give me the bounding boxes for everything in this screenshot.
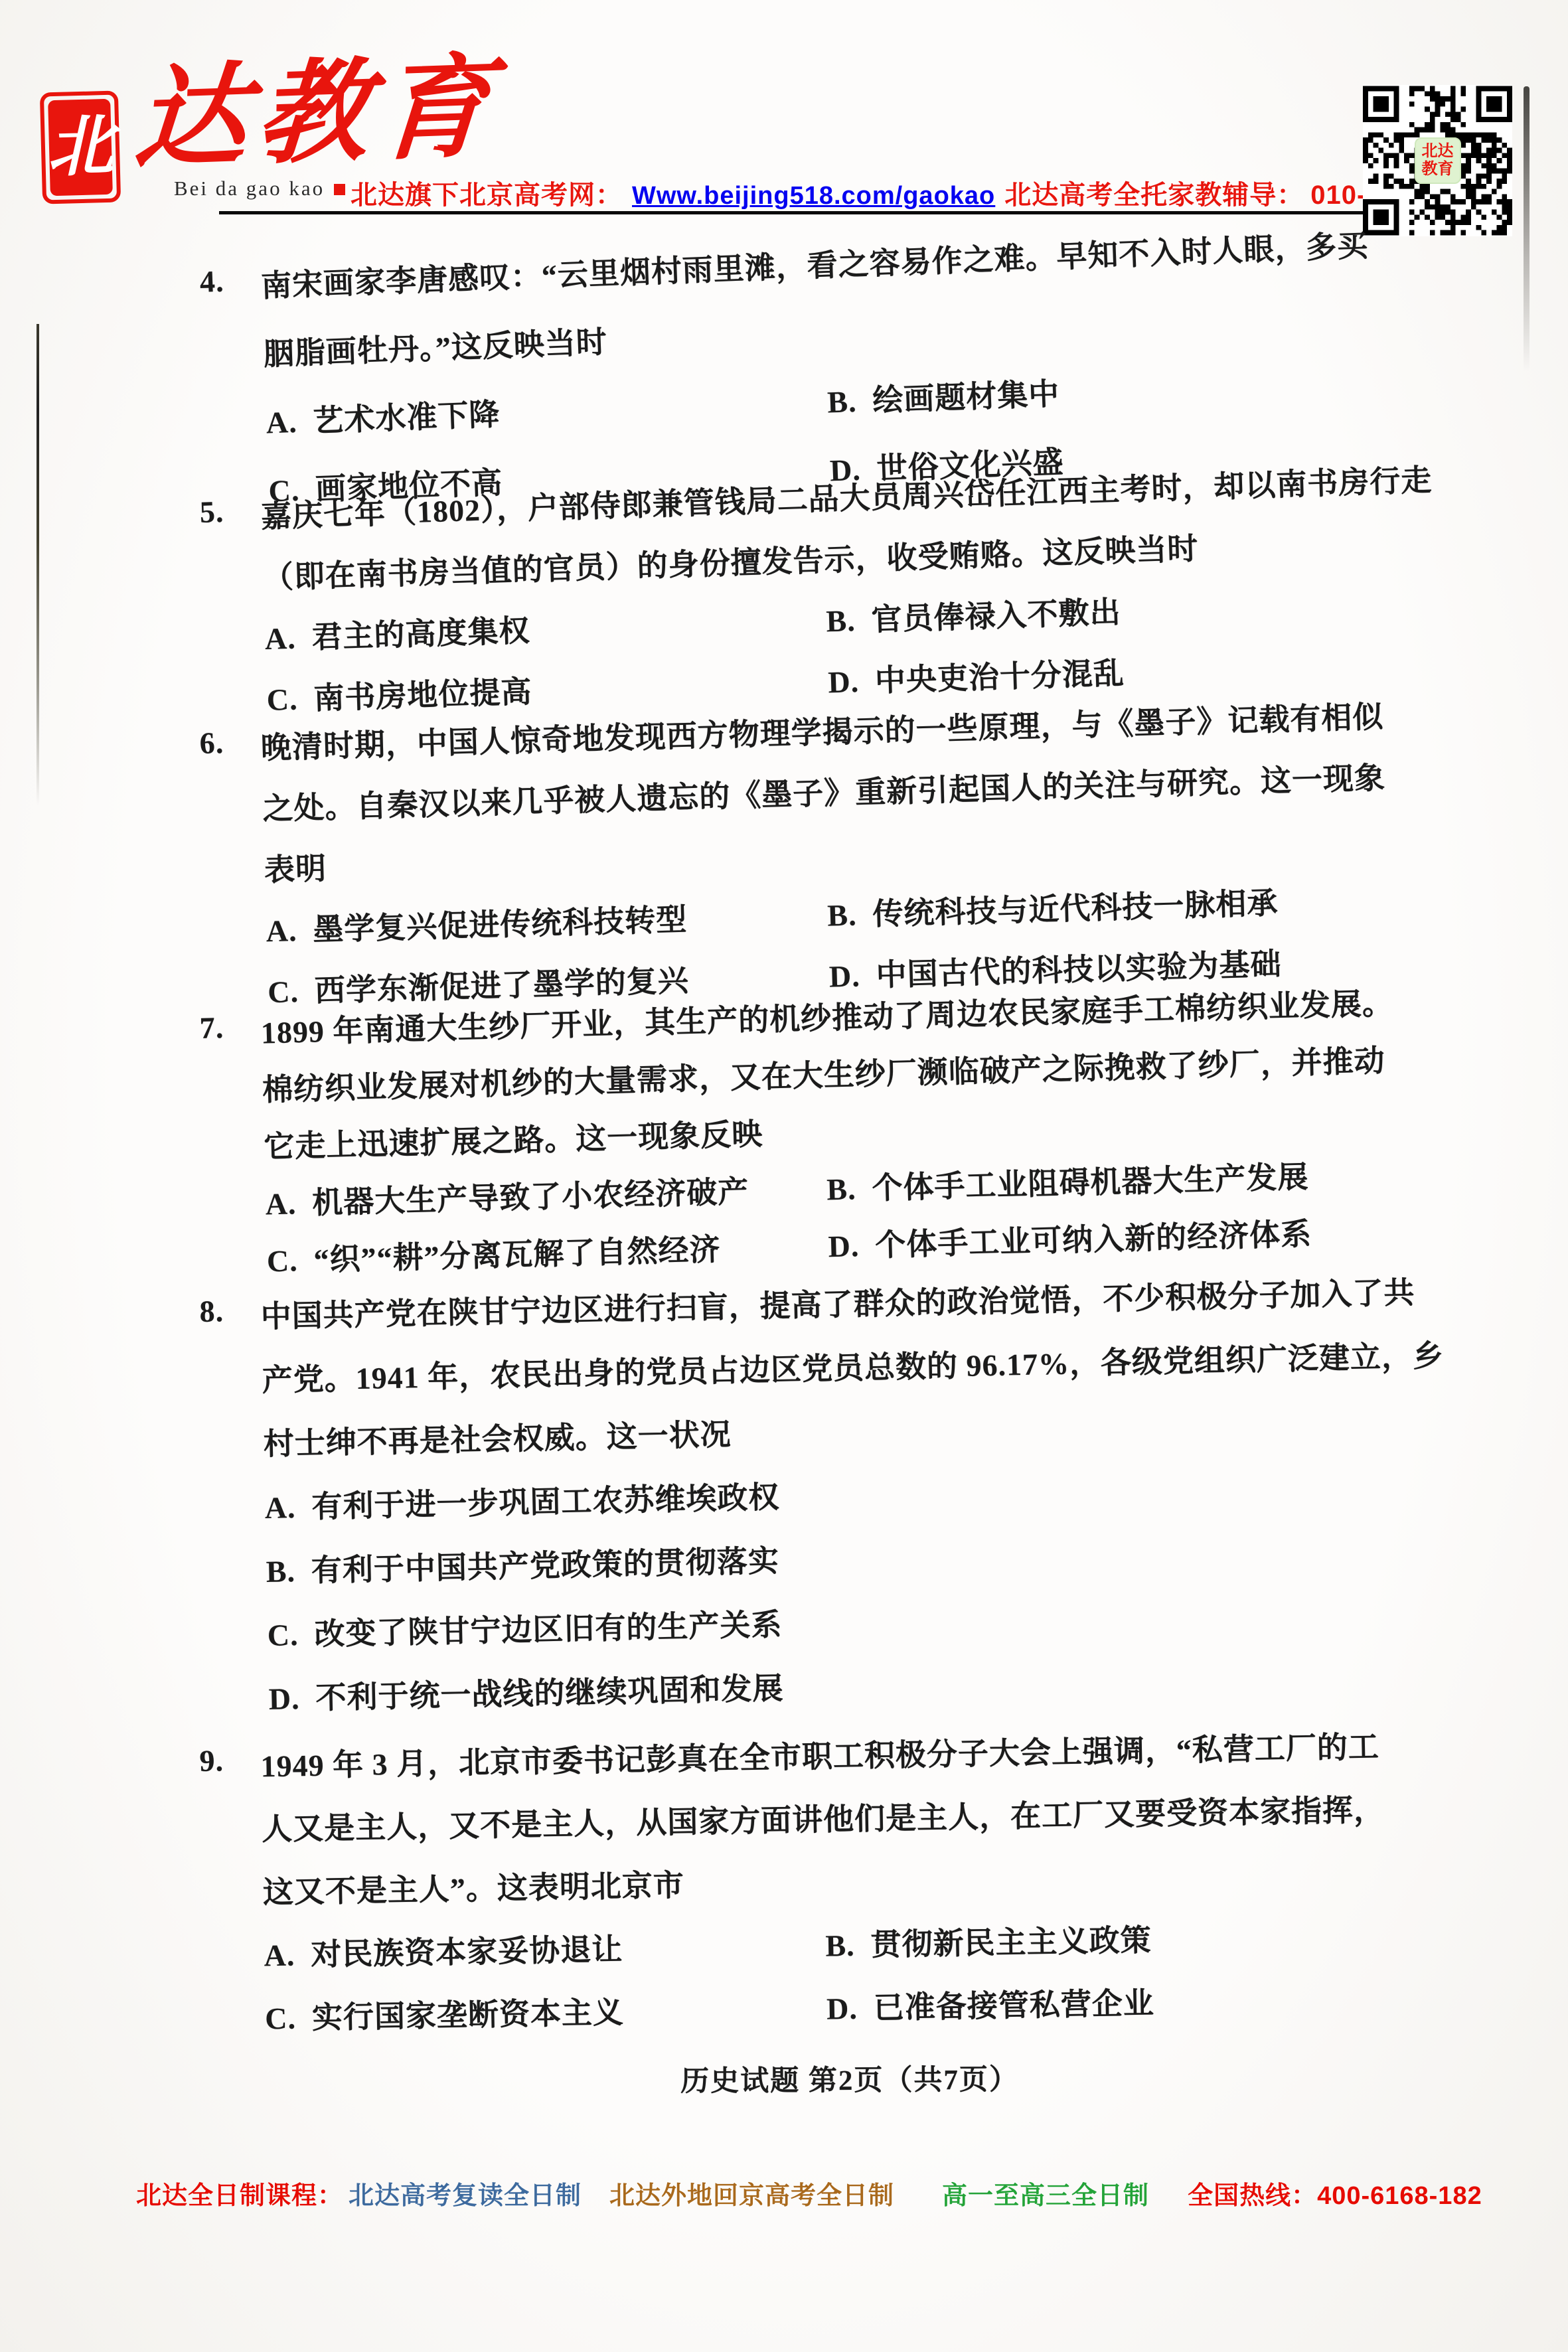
option-label: B. bbox=[825, 1928, 855, 1963]
option-text: 贯彻新民主主义政策 bbox=[870, 1923, 1152, 1962]
option-label: A. bbox=[264, 1938, 295, 1973]
logo-pinyin-subtext: Bei da gao kao bbox=[174, 177, 345, 200]
option-B: B.贯彻新民主主义政策 bbox=[825, 1916, 1152, 1966]
scan-artifact-right-edge bbox=[1524, 86, 1529, 372]
option-text: 已准备接管私营企业 bbox=[873, 1986, 1154, 2025]
option-label: C. bbox=[266, 1243, 298, 1278]
header-divider-rule bbox=[219, 211, 1414, 214]
question-text-line: 这又不是主人”。这表明北京市 bbox=[262, 1861, 684, 1912]
option-label: D. bbox=[828, 959, 860, 993]
option-text: 机器大生产导致了小农经济破产 bbox=[312, 1174, 749, 1219]
option-text: 官员俸禄入不敷出 bbox=[871, 595, 1121, 637]
option-D: D.中央吏治十分混乱 bbox=[827, 649, 1125, 702]
option-text: 墨学复兴促进传统科技转型 bbox=[313, 903, 688, 947]
option-B: B.绘画题材集中 bbox=[826, 370, 1060, 422]
option-A: A.对民族资本家妥协退让 bbox=[264, 1925, 623, 1975]
promo-segment-5: 全国热线：400-6168-182 bbox=[1188, 2175, 1482, 2211]
qr-code: 北达 教育 bbox=[1363, 85, 1512, 236]
option-text: 个体手工业阻碍机器大生产发展 bbox=[872, 1160, 1309, 1205]
logo-seal: 北 bbox=[40, 90, 121, 204]
option-text: 个体手工业可纳入新的经济体系 bbox=[875, 1217, 1312, 1262]
scanned-exam-page: { "header": { "logo_seal_char": "北", "lo… bbox=[0, 0, 1568, 2352]
question-6: 6.晚清时期，中国人惊奇地发现西方物理学揭示的一些原理，与《墨子》记载有相似之处… bbox=[199, 689, 1522, 1031]
option-label: C. bbox=[265, 2001, 297, 2036]
option-label: B. bbox=[826, 384, 857, 420]
option-D: D.已准备接管私营企业 bbox=[826, 1979, 1154, 2029]
option-text: 艺术水准下降 bbox=[313, 398, 501, 438]
tagline-site-label: 北达旗下北京高考网： bbox=[351, 181, 623, 210]
promo-footer-line: 北达全日制课程：北达高考复读全日制北达外地回京高考全日制高一至高三全日制全国热线… bbox=[136, 2175, 1530, 2211]
scan-artifact-left-edge bbox=[37, 324, 39, 805]
page-number-footer: 历史试题 第2页（共7页） bbox=[252, 2055, 1447, 2101]
question-8: 8.中国共产党在陕甘宁边区进行扫盲，提高了群众的政治觉悟，不少积极分子加入了共产… bbox=[199, 1267, 1523, 1740]
logo-seal-character: 北 bbox=[46, 114, 115, 182]
option-text: 实行国家垄断资本主义 bbox=[312, 1996, 625, 2035]
option-label: B. bbox=[826, 603, 856, 638]
option-label: A. bbox=[265, 1186, 297, 1221]
option-label: A. bbox=[264, 621, 296, 656]
option-label: D. bbox=[828, 665, 860, 699]
red-square-icon bbox=[334, 184, 345, 195]
header-tagline: 北达旗下北京高考网：Www.beijing518.com/gaokao北达高考全… bbox=[351, 174, 1490, 212]
question-number: 4. bbox=[199, 264, 224, 299]
option-label: A. bbox=[266, 913, 297, 948]
option-C: C.实行国家垄断资本主义 bbox=[265, 1988, 625, 2038]
option-text: 君主的高度集权 bbox=[311, 613, 530, 654]
tagline-url-link: Www.beijing518.com/gaokao bbox=[632, 182, 995, 210]
option-text: “织”“耕”分离瓦解了自然经济 bbox=[313, 1233, 721, 1277]
option-text: 不利于统一战线的继续巩固和发展 bbox=[315, 1672, 784, 1715]
option-label: D. bbox=[268, 1682, 300, 1716]
option-text: 传统科技与近代科技一脉相承 bbox=[872, 886, 1279, 931]
question-number: 6. bbox=[199, 725, 224, 761]
qr-badge-line2: 教育 bbox=[1422, 161, 1454, 179]
option-text: 南书房地位提高 bbox=[313, 674, 532, 715]
option-label: B. bbox=[266, 1554, 295, 1589]
question-number: 8. bbox=[199, 1293, 224, 1329]
option-text: 有利于进一步巩固工农苏维埃政权 bbox=[311, 1480, 780, 1524]
option-text: 绘画题材集中 bbox=[872, 377, 1060, 418]
option-label: C. bbox=[268, 975, 299, 1009]
qr-badge-line1: 北达 bbox=[1422, 143, 1454, 161]
tagline-tutoring-label: 北达高考全托家教辅导： bbox=[1004, 181, 1304, 210]
option-label: D. bbox=[828, 1229, 860, 1263]
option-B: B.官员俸禄入不敷出 bbox=[825, 588, 1121, 641]
option-text: 有利于中国共产党政策的贯彻落实 bbox=[311, 1544, 779, 1588]
question-9: 9.1949 年 3 月，北京市委书记彭真在全市职工积极分子大会上强调，“私营工… bbox=[199, 1720, 1519, 2058]
logo-calligraphy-text: 达教育 bbox=[131, 52, 503, 177]
option-text: 对民族资本家妥协退让 bbox=[311, 1932, 623, 1972]
qr-center-badge: 北达 教育 bbox=[1415, 137, 1461, 184]
option-A: A.艺术水准下降 bbox=[265, 390, 501, 443]
option-A: A.君主的高度集权 bbox=[264, 606, 531, 659]
promo-segment-1: 北达全日制课程： bbox=[136, 2175, 343, 2211]
question-text-line: 南宋画家李唐感叹：“云里烟村雨里滩，看之容易作之难。早知不入时人眼，多买 bbox=[260, 221, 1369, 305]
option-text: 中央吏治十分混乱 bbox=[874, 656, 1125, 698]
promo-segment-4: 高一至高三全日制 bbox=[942, 2175, 1149, 2211]
logo-pinyin-label: Bei da gao kao bbox=[174, 177, 325, 200]
question-number: 7. bbox=[199, 1010, 224, 1046]
question-text-line: 村士绅不再是社会权威。这一状况 bbox=[263, 1410, 732, 1464]
option-label: C. bbox=[266, 682, 298, 717]
option-text: 改变了陕甘宁边区旧有的生产关系 bbox=[314, 1608, 783, 1652]
logo-seal-background: 北 bbox=[48, 99, 113, 196]
option-label: B. bbox=[826, 1172, 857, 1206]
option-label: D. bbox=[826, 1992, 858, 2026]
option-label: A. bbox=[266, 405, 298, 440]
question-text-line: 表明 bbox=[264, 844, 327, 890]
question-number: 5. bbox=[199, 494, 224, 530]
question-number: 9. bbox=[199, 1743, 224, 1778]
option-label: B. bbox=[827, 898, 858, 932]
option-C: C.南书房地位提高 bbox=[266, 667, 533, 720]
question-7: 7.1899 年南通大生纱厂开业，其生产的机纱推动了周边农民家庭手工棉纺织业发展… bbox=[199, 976, 1521, 1296]
promo-segment-2: 北达高考复读全日制 bbox=[349, 2175, 582, 2211]
option-label: A. bbox=[264, 1490, 296, 1525]
option-label: C. bbox=[267, 1618, 299, 1652]
promo-segment-3: 北达外地回京高考全日制 bbox=[609, 2175, 894, 2211]
